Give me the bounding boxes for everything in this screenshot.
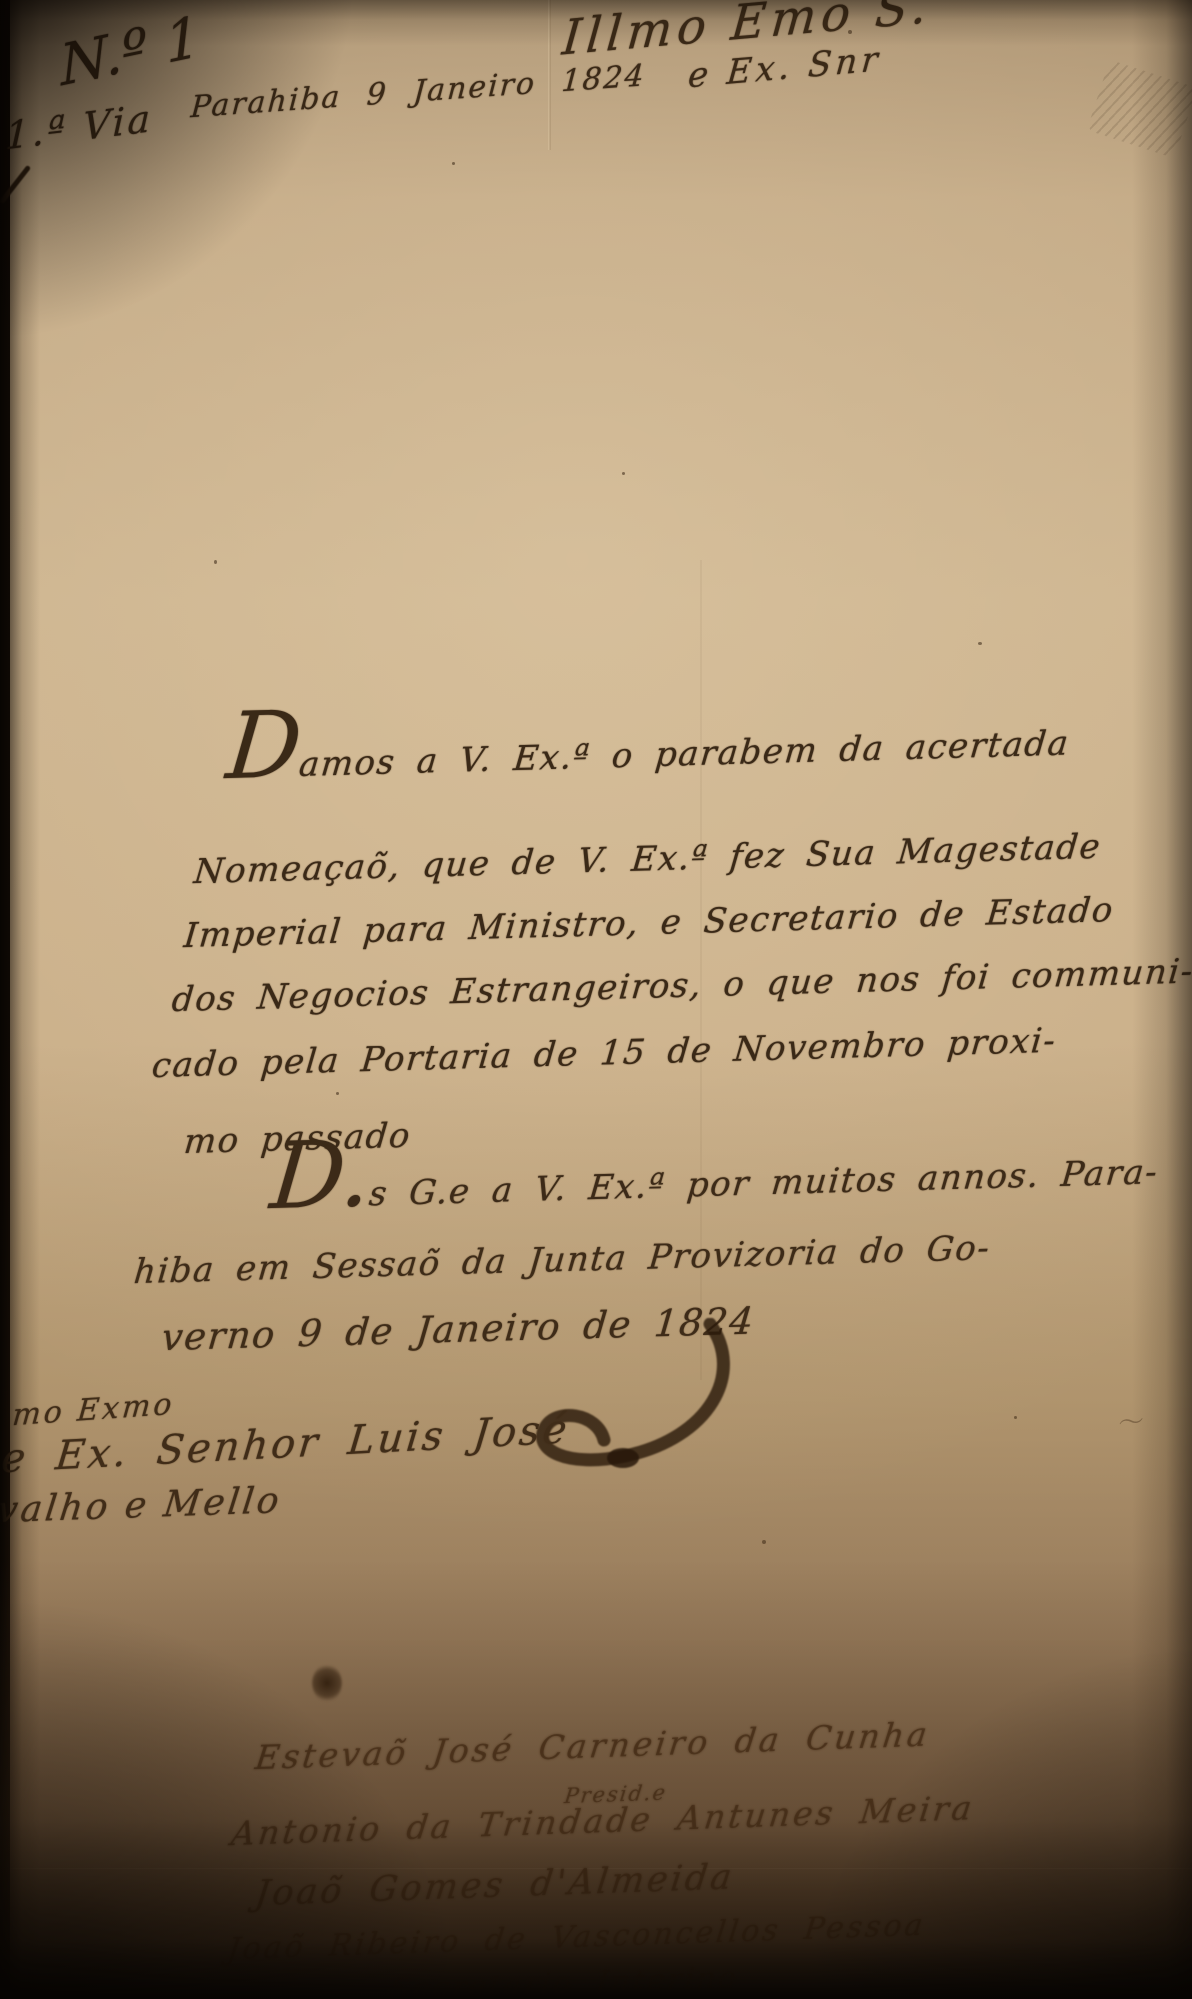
ink-flourish (505, 1318, 755, 1488)
manuscript-photo: Illmo Emo S. e Ex. Snr N.º 1 1.ª Via Par… (0, 0, 1192, 1999)
ink-blot (312, 1664, 342, 1702)
margin-squiggle: 〜 (1116, 1400, 1147, 1440)
